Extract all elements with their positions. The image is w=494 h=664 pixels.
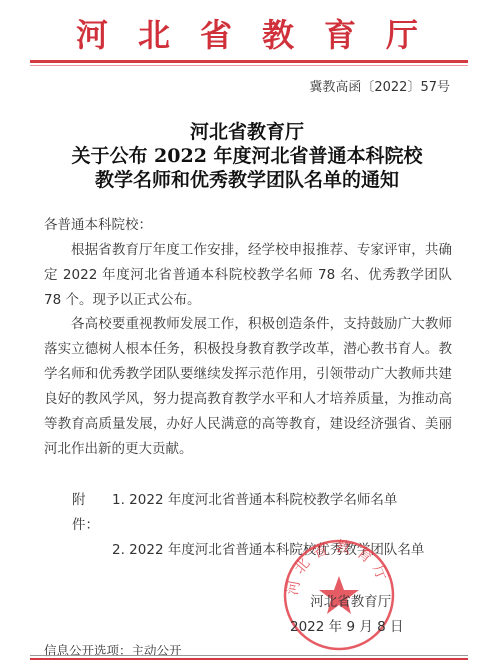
masthead: 河北省教育厅	[0, 10, 494, 56]
paragraph-1-text: 根据省教育厅年度工作安排，经学校申报推荐、专家评审，共确定 2022 年度河北省…	[44, 238, 452, 313]
paragraph-2-text: 各高校要重视教师发展工作，积极创造条件，支持鼓励广大教师落实立德树人根本任务，积…	[44, 312, 452, 462]
attachment-item-2[interactable]: 2. 2022 年度河北省普通本科院校优秀教学团队名单	[112, 538, 424, 563]
signature-date: 2022 年 9 月 8 日	[290, 615, 404, 640]
paragraph-1: 根据省教育厅年度工作安排，经学校申报推荐、专家评审，共确定 2022 年度河北省…	[44, 238, 452, 313]
title-line-2: 关于公布 2022 年度河北省普通本科院校	[0, 144, 494, 168]
attachments-label: 附件：	[72, 488, 112, 538]
document-number: 冀教高函〔2022〕57号	[309, 76, 450, 95]
signature-organization: 河北省教育厅	[290, 590, 404, 615]
document-title: 河北省教育厅 关于公布 2022 年度河北省普通本科院校 教学名师和优秀教学团队…	[0, 120, 494, 192]
title-line-3: 教学名师和优秀教学团队名单的通知	[0, 168, 494, 192]
title-line-1: 河北省教育厅	[0, 120, 494, 144]
signature-block: 河北省教育厅 2022 年 9 月 8 日	[290, 590, 404, 640]
masthead-thin-rule	[30, 65, 468, 66]
attachments: 附件： 1. 2022 年度河北省普通本科院校教学名师名单 2. 2022 年度…	[72, 488, 424, 563]
attachment-item-1[interactable]: 1. 2022 年度河北省普通本科院校教学名师名单	[112, 488, 397, 538]
disclosure-option: 信息公开选项：主动公开	[44, 641, 182, 659]
masthead-red-rule	[30, 60, 468, 63]
footer-gray-rule	[30, 655, 468, 656]
paragraph-2: 各高校要重视教师发展工作，积极创造条件，支持鼓励广大教师落实立德树人根本任务，积…	[44, 312, 452, 462]
salutation: 各普通本科院校：	[44, 213, 452, 238]
footer-red-rule	[30, 658, 468, 660]
